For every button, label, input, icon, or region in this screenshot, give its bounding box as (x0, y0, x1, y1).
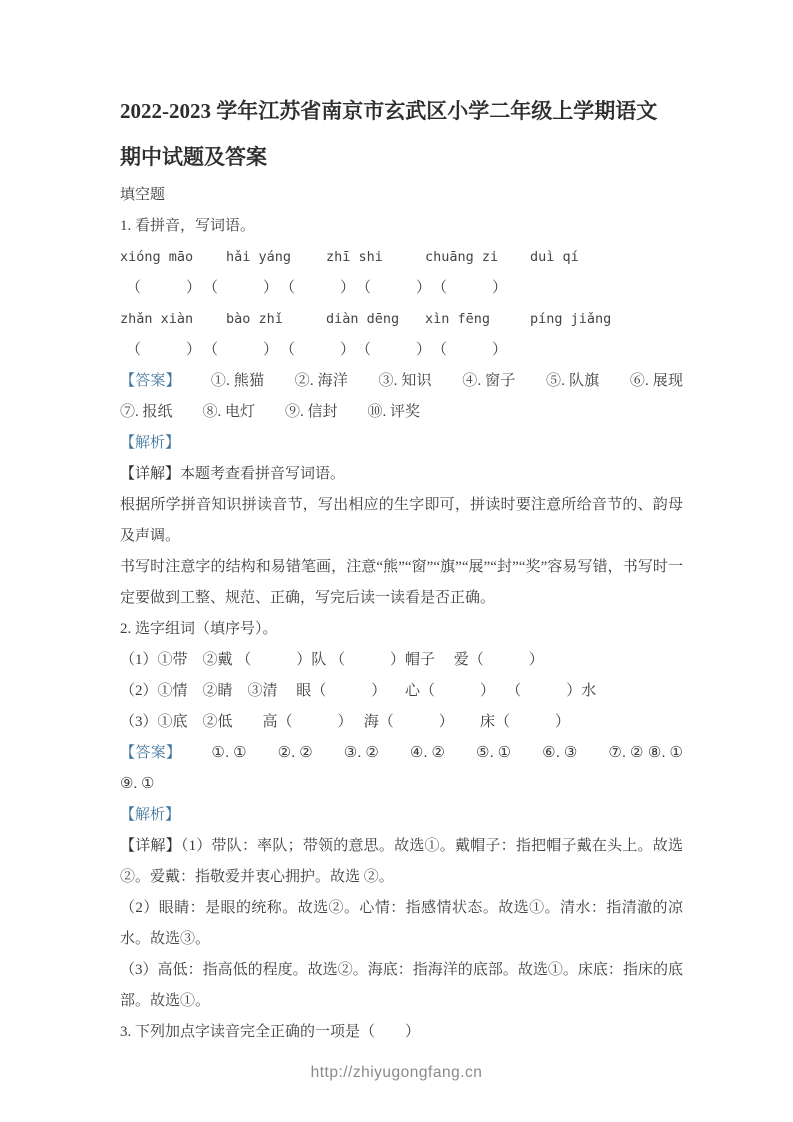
answer-text: ①. ① ②. ② ③. ② ④. ② ⑤. ① ⑥. ③ ⑦. ② ⑧. ① … (120, 745, 713, 792)
pinyin-word: bào zhǐ (226, 304, 326, 335)
question-1-analysis: 【解析】 (120, 428, 683, 459)
answer-blank: （ ） (432, 335, 683, 366)
pinyin-row-1: xióng māo hǎi yáng zhī shi chuāng zi duì… (120, 242, 683, 273)
answer-blank: （ ） (280, 335, 356, 366)
question-2-detail-paragraph: （2）眼睛：是眼的统称。故选②。心情：指感情状态。故选①。清水：指清澈的凉水。故… (120, 893, 683, 955)
pinyin-word: xióng māo (120, 242, 226, 273)
exam-document-page: 2022-2023 学年江苏省南京市玄武区小学二年级上学期语文 期中试题及答案 … (0, 0, 793, 1048)
answer-blank: （ ） (356, 335, 432, 366)
pinyin-word: duì qí (530, 242, 683, 273)
question-2-detail-paragraph: 【详解】（1）带队：率队；带领的意思。故选①。戴帽子：指把帽子戴在头上。故选②。… (120, 831, 683, 893)
pinyin-word: diàn dēng (326, 304, 425, 335)
analysis-label: 【解析】 (120, 807, 180, 823)
footer-url: http://zhiyugongfang.cn (0, 1064, 793, 1082)
pinyin-word: xìn fēng (425, 304, 530, 335)
detail-text: 本题考查看拼音写词语。 (180, 466, 345, 482)
question-2-item-1: （1）①带 ②戴 （ ）队 （ ）帽子 爱（ ） (120, 645, 683, 676)
question-2-item-3: （3）①底 ②低 高（ ） 海（ ） 床（ ） (120, 707, 683, 738)
answer-blank: （ ） (280, 273, 356, 304)
pinyin-word: hǎi yáng (226, 242, 326, 273)
answer-text: ①. 熊猫 ②. 海洋 ③. 知识 ④. 窗子 ⑤. 队旗 ⑥. 展现 ⑦. 报… (120, 373, 683, 420)
page-title: 2022-2023 学年江苏省南京市玄武区小学二年级上学期语文 期中试题及答案 (120, 88, 683, 180)
pinyin-row-2: zhǎn xiàn bào zhǐ diàn dēng xìn fēng pín… (120, 304, 683, 335)
answer-blank-row-2: （ ） （ ） （ ） （ ） （ ） (120, 335, 683, 366)
question-2-detail-paragraph: （3）高低：指高低的程度。故选②。海底：指海洋的底部。故选①。床底：指床的底部。… (120, 955, 683, 1017)
question-1-detail-intro: 【详解】本题考查看拼音写词语。 (120, 459, 683, 490)
question-2-answer: 【答案】①. ① ②. ② ③. ② ④. ② ⑤. ① ⑥. ③ ⑦. ② ⑧… (120, 738, 683, 800)
question-2-item-2: （2）①情 ②睛 ③清 眼（ ） 心（ ） （ ）水 (120, 676, 683, 707)
detail-label: 【详解】 (120, 466, 180, 482)
page-title-line-1: 2022-2023 学年江苏省南京市玄武区小学二年级上学期语文 (120, 88, 683, 134)
question-1-heading: 1. 看拼音，写词语。 (120, 211, 683, 242)
page-title-line-2: 期中试题及答案 (120, 134, 683, 180)
question-3-heading: 3. 下列加点字读音完全正确的一项是（ ） (120, 1017, 683, 1048)
answer-blank: （ ） (126, 335, 203, 366)
question-1-detail-paragraph: 根据所学拼音知识拼读音节，写出相应的生字即可，拼读时要注意所给音节的、韵母及声调… (120, 490, 683, 552)
answer-label: 【答案】 (120, 745, 181, 761)
pinyin-word: zhǎn xiàn (120, 304, 226, 335)
answer-blank-row-1: （ ） （ ） （ ） （ ） （ ） (120, 273, 683, 304)
answer-label: 【答案】 (120, 373, 181, 389)
section-label: 填空题 (120, 180, 683, 211)
analysis-label: 【解析】 (120, 435, 180, 451)
pinyin-word: píng jiǎng (530, 304, 683, 335)
answer-blank: （ ） (203, 335, 280, 366)
question-1-answer: 【答案】①. 熊猫 ②. 海洋 ③. 知识 ④. 窗子 ⑤. 队旗 ⑥. 展现 … (120, 366, 683, 428)
question-2-heading: 2. 选字组词（填序号）。 (120, 614, 683, 645)
pinyin-word: chuāng zi (425, 242, 530, 273)
answer-blank: （ ） (203, 273, 280, 304)
detail-text: （1）带队：率队；带领的意思。故选①。戴帽子：指把帽子戴在头上。故选②。爱戴：指… (120, 838, 683, 885)
document-body: 填空题 1. 看拼音，写词语。 xióng māo hǎi yáng zhī s… (120, 180, 683, 1048)
pinyin-word: zhī shi (326, 242, 425, 273)
question-2-analysis: 【解析】 (120, 800, 683, 831)
answer-blank: （ ） (432, 273, 683, 304)
answer-blank: （ ） (126, 273, 203, 304)
question-1-detail-paragraph: 书写时注意字的结构和易错笔画，注意“熊”“窗”“旗”“展”“封”“奖”容易写错，… (120, 552, 683, 614)
detail-label: 【详解】 (120, 838, 181, 854)
answer-blank: （ ） (356, 273, 432, 304)
